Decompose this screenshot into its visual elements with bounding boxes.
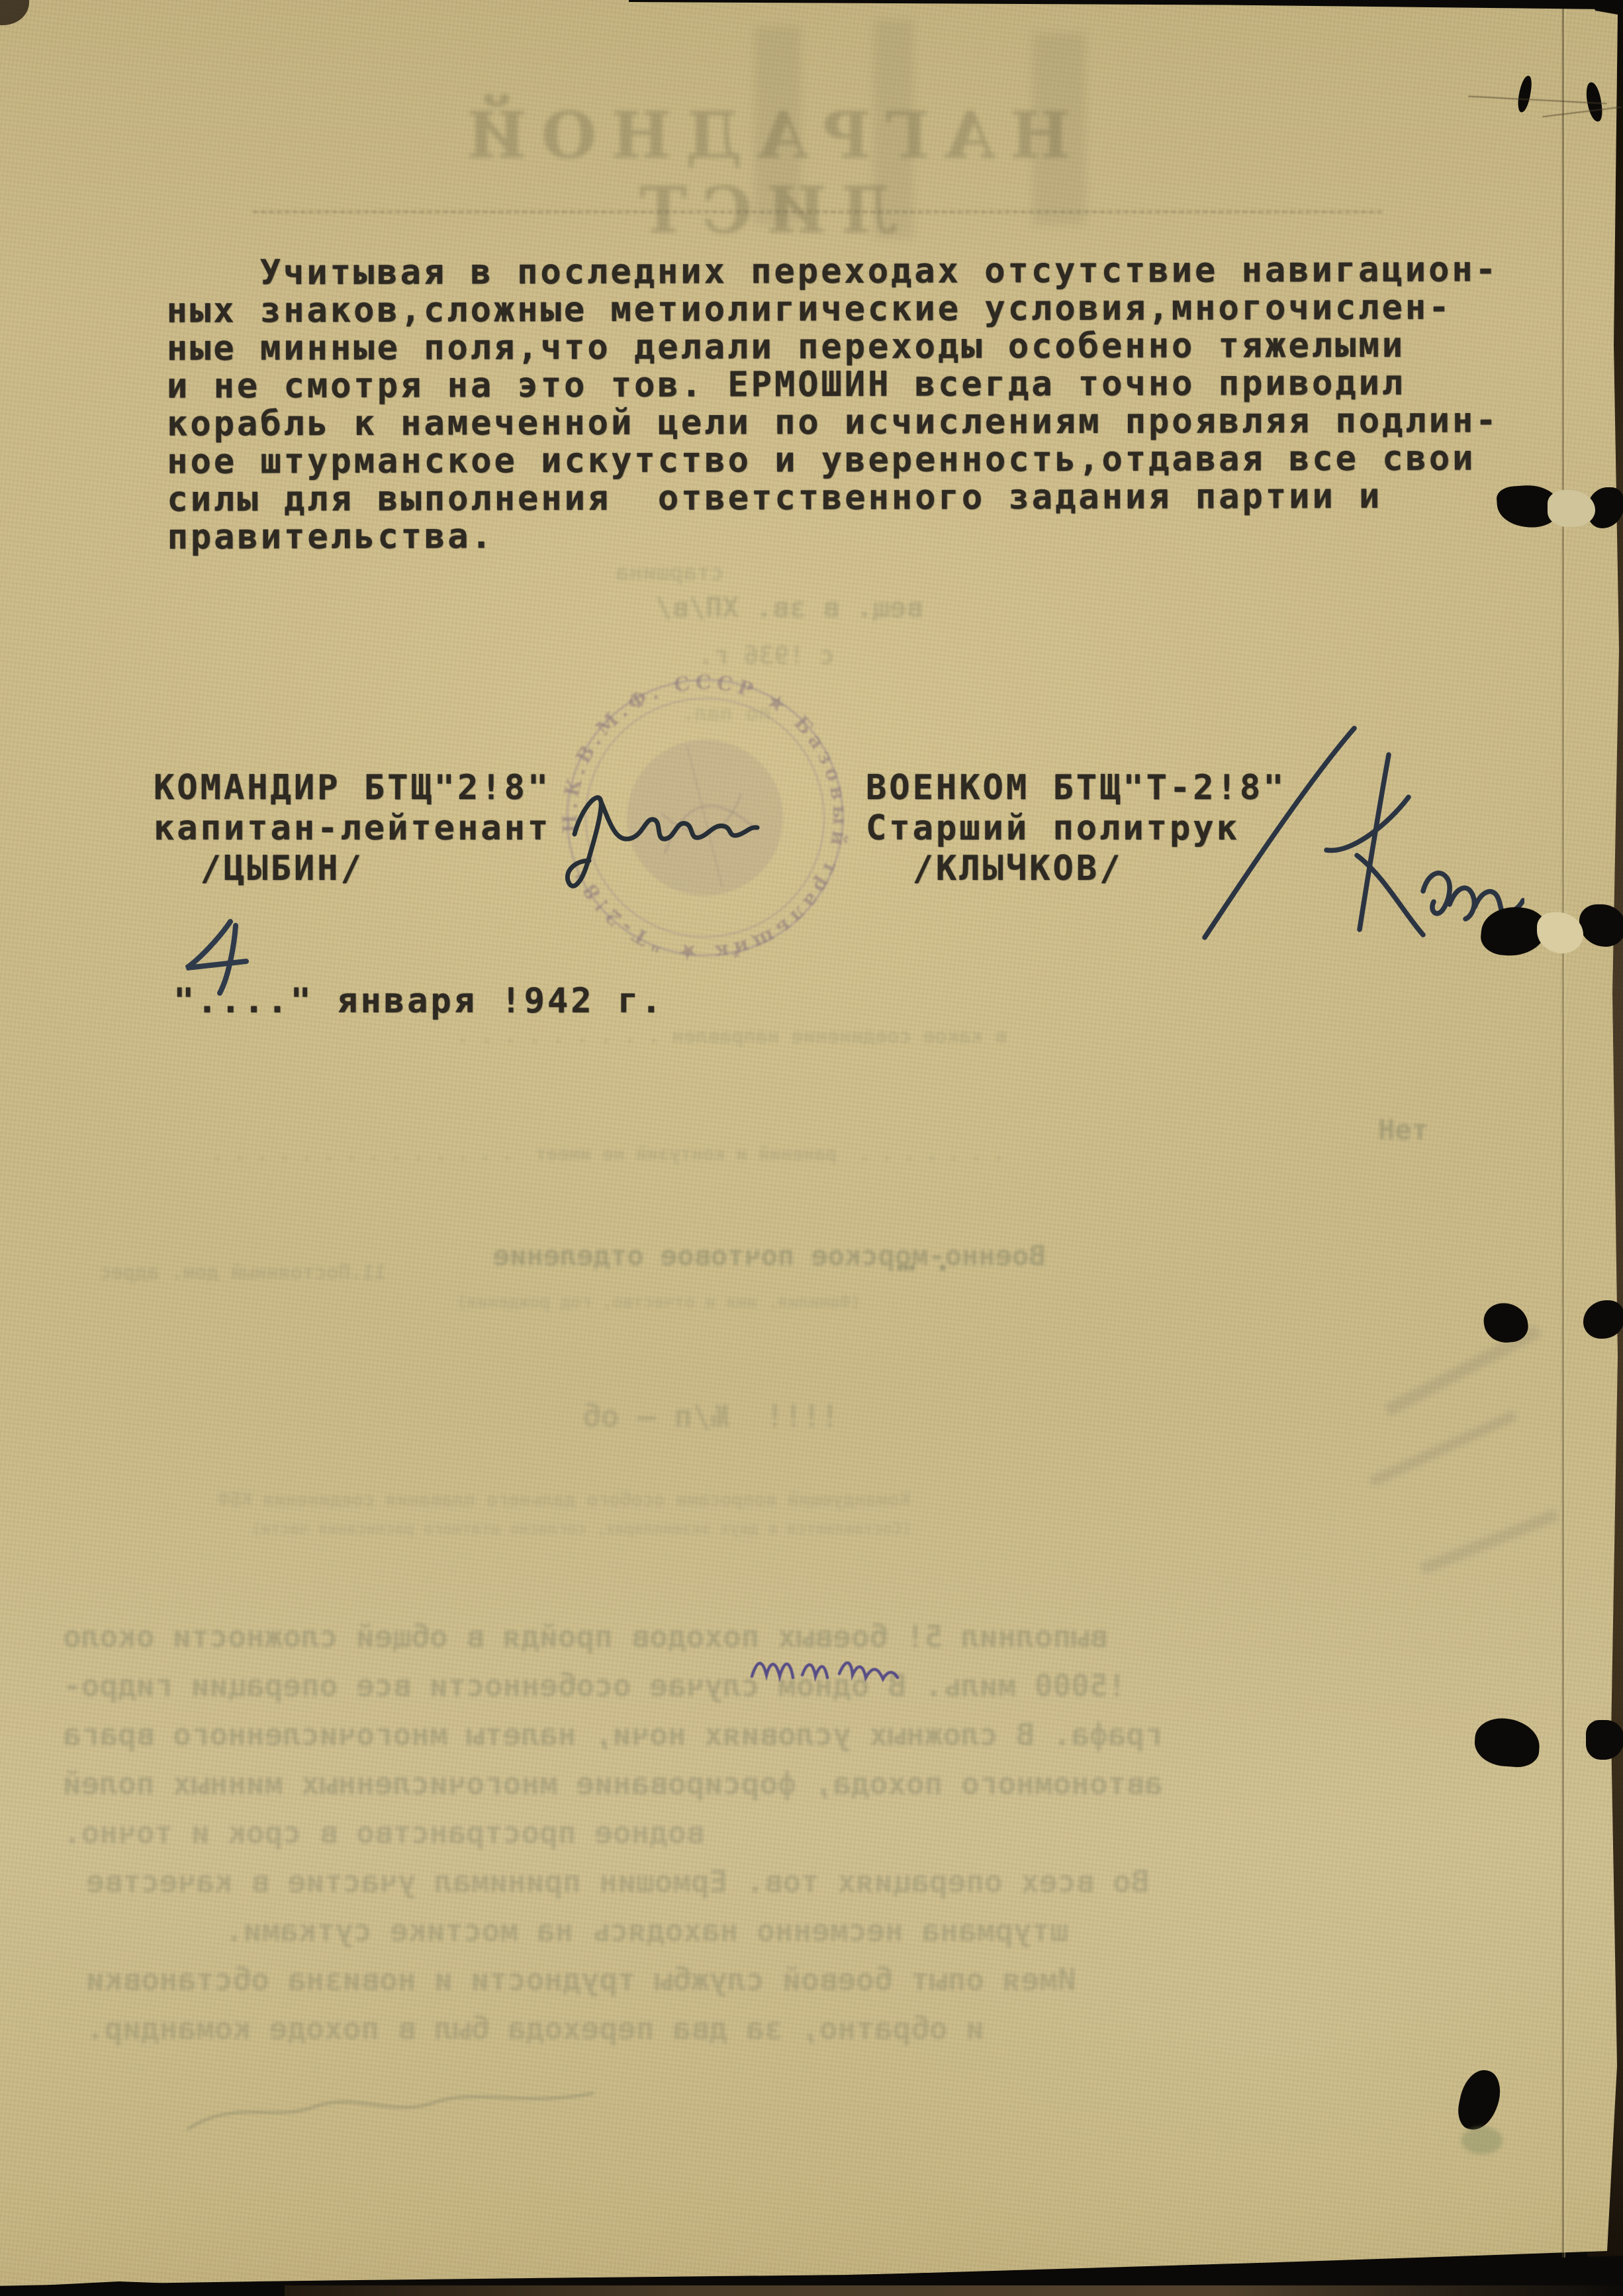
paragraph-line: правительства. (167, 515, 1499, 556)
bleedthrough-line: выполнил 5! боевых походов пройдя в обще… (63, 1619, 1108, 1654)
bleedthrough-line: водное пространство в срок и точно. (63, 1815, 704, 1850)
bleedthrough-line: графа. В сложных условиях ночи, налеты м… (63, 1717, 1163, 1752)
ghost-fragment: 11.Постоянный дом. адрес (99, 1261, 386, 1284)
bleedthrough-line: Имея опыт боевой службы трудности и нови… (86, 1962, 1076, 1997)
bleedthrough-line: !5000 миль. В одном случае особенности в… (63, 1668, 1126, 1703)
klychkov-handwritten-signature (1190, 714, 1524, 959)
paragraph-line: и не смотря на это тов. ЕРМОШИН всегда т… (167, 364, 1499, 405)
ghost-fragment: вещ. в зв. ХП/в/ (655, 591, 923, 624)
fold-crease-highlight (1564, 0, 1565, 2296)
ghost-fragment: в какое соединение направлен . . . . . .… (457, 1025, 1007, 1048)
ghost-fragment: !!!! №/п — об (582, 1398, 839, 1434)
commander-name: /ЦЫБИН/ (154, 849, 551, 889)
torn-hole (1586, 1720, 1623, 1760)
paragraph-line: ные минные поля,что делали переходы особ… (167, 326, 1499, 367)
scan-bottom-strip (285, 2285, 1623, 2296)
purple-ink-scribble (747, 1647, 912, 1690)
ghost-fragment: старшина (616, 559, 724, 586)
paragraph-line: силы для выполнения ответственного задан… (167, 477, 1499, 518)
ghost-fragment: (Фамилия, имя и отчество, год рождения) (457, 1292, 860, 1312)
bleedthrough-line: и обратно, за два перехода был в походе … (86, 2011, 984, 2046)
ghost-fragment: Нет (1378, 1114, 1428, 1146)
ghost-fragment: Командующий вопросами особого дальнего п… (218, 1488, 910, 1510)
ghost-fragment: (Составляется в двух экземплярах, соглас… (252, 1519, 911, 1538)
ghost-fragment: . . . . . . . ранений и контузий не имее… (212, 1143, 1004, 1165)
pencil-scribble (182, 2079, 606, 2145)
scanned-document-page: НАГРАДНОЙ ЛИСТ старшинавещ. в зв. ХП/в/с… (0, 0, 1623, 2296)
paragraph-line: ных знаков,сложные метиолигические услов… (167, 289, 1499, 330)
ghost-fragment: … . (897, 1242, 952, 1278)
ghost-bleedthrough-heading: НАГРАДНОЙ ЛИСТ (344, 98, 1178, 248)
commander-rank: капитан-лейтенант (154, 808, 551, 849)
paragraph-line: корабль к намеченной цели по исчислениям… (167, 402, 1499, 443)
hole-smudge (1461, 2127, 1503, 2154)
commander-title: КОМАНДИР БТЩ"2!8" (154, 768, 551, 808)
handwritten-day-numeral (177, 915, 263, 998)
ghost-dashed-rule (253, 211, 1382, 213)
paragraph-line: ное штурманское искутство и уверенность,… (167, 440, 1499, 481)
citation-paragraph: Учитывая в последних переходах отсутстви… (166, 251, 1499, 556)
bleedthrough-line: штурмана несменно находясь на мостике су… (225, 1913, 1068, 1948)
tsybin-handwritten-signature (555, 760, 773, 912)
commander-signature-block: КОМАНДИР БТЩ"2!8" капитан-лейтенант /ЦЫБ… (154, 768, 551, 889)
paragraph-line: Учитывая в последних переходах отсутстви… (166, 251, 1499, 292)
bleedthrough-line: автономного похода, форсирование многочи… (63, 1766, 1163, 1801)
ghost-fragment: Военно-морское почтовое отделение (493, 1239, 1045, 1272)
bleedthrough-line: Во всех операциях тов. Ермошин принимал … (86, 1864, 1149, 1899)
